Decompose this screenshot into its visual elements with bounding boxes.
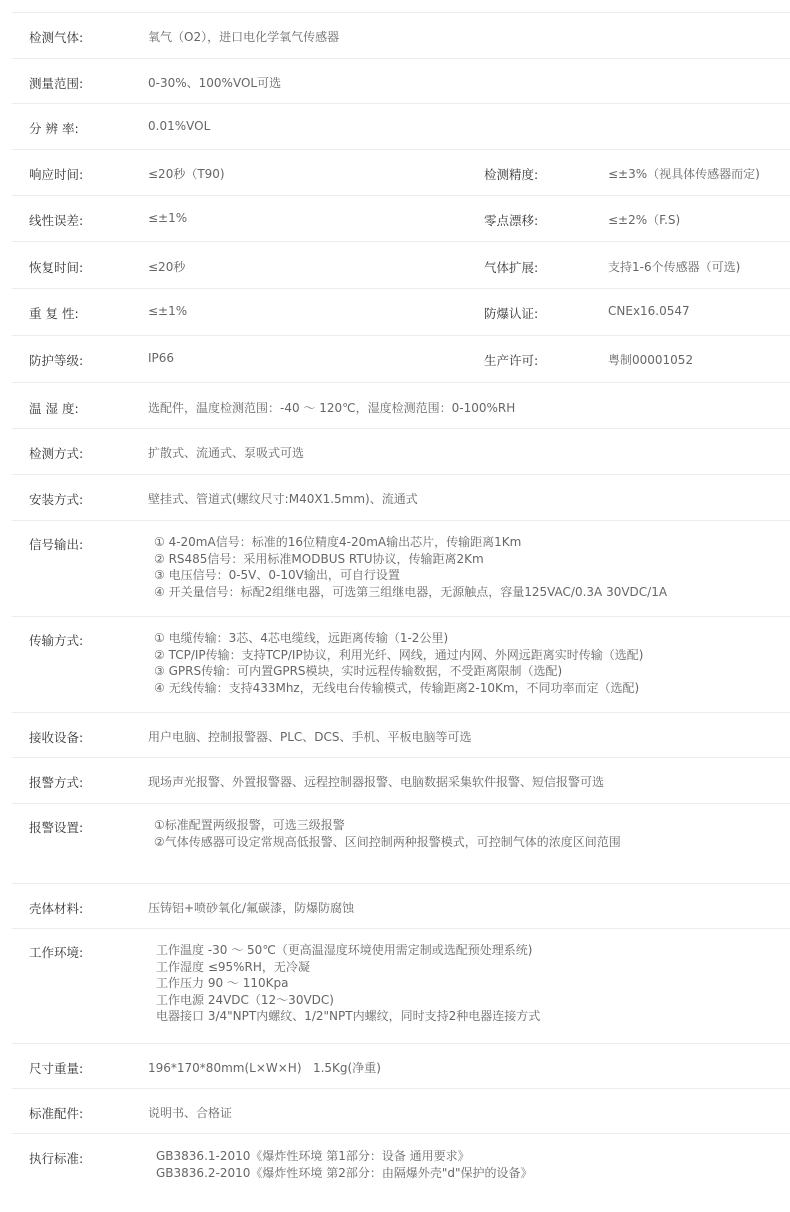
spec-value: 支持1-6个传感器（可选) (608, 258, 740, 275)
spec-row-recovery: 恢复时间: ≤20秒 气体扩展: 支持1-6个传感器（可选) (12, 241, 790, 288)
spec-label: 报警设置: (29, 818, 83, 836)
spec-label: 测量范围: (29, 74, 83, 92)
spec-label: 检测方式: (29, 444, 83, 462)
spec-label: 线性误差: (29, 211, 83, 229)
spec-label: 执行标准: (29, 1149, 83, 1167)
spec-value-line: ③ 电压信号：0-5V、0-10V输出，可自行设置 (154, 567, 667, 584)
spec-value-line: ②气体传感器可设定常规高低报警、区间控制两种报警模式，可控制气体的浓度区间范围 (154, 834, 621, 851)
spec-label: 工作环境: (29, 943, 83, 961)
spec-value-line: ①标准配置两级报警，可选三级报警 (154, 817, 621, 834)
spec-row-transmission: 传输方式: ① 电缆传输：3芯、4芯电缆线，远距离传输（1-2公里) ② TCP… (12, 616, 790, 712)
spec-row-receiver: 接收设备: 用户电脑、控制报警器、PLC、DCS、手机、平板电脑等可选 (12, 712, 790, 757)
spec-value-line: ① 电缆传输：3芯、4芯电缆线，远距离传输（1-2公里) (154, 630, 643, 647)
spec-value: 选配件，温度检测范围：-40 ～ 120℃，湿度检测范围：0-100%RH (148, 399, 515, 416)
spec-label: 防护等级: (29, 351, 83, 369)
spec-label: 分 辨 率: (29, 119, 79, 137)
spec-label: 温 湿 度: (29, 399, 79, 417)
spec-label: 重 复 性: (29, 304, 79, 322)
spec-value-line: 工作湿度 ≤95%RH，无冷凝 (156, 959, 540, 976)
spec-value: ≤±2%（F.S) (608, 211, 680, 228)
spec-value: 氧气（O2），进口电化学氧气传感器 (148, 28, 339, 45)
spec-value-line: 工作温度 -30 ～ 50℃（更高温湿度环境使用需定制或选配预处理系统) (156, 942, 540, 959)
spec-value: ≤20秒 (148, 258, 185, 275)
spec-value-line: ③ GPRS传输：可内置GPRS模块，实时远程传输数据，不受距离限制（选配) (154, 663, 643, 680)
spec-value-line: GB3836.1-2010《爆炸性环境 第1部分：设备 通用要求》 (156, 1148, 533, 1165)
spec-label: 生产许可: (484, 351, 538, 369)
spec-value-list: ①标准配置两级报警，可选三级报警 ②气体传感器可设定常规高低报警、区间控制两种报… (154, 817, 621, 850)
spec-row-repeatability: 重 复 性: ≤±1% 防爆认证: CNEx16.0547 (12, 288, 790, 335)
spec-value-list: GB3836.1-2010《爆炸性环境 第1部分：设备 通用要求》 GB3836… (156, 1148, 533, 1181)
spec-label: 标准配件: (29, 1104, 83, 1122)
spec-value: 压铸铝+喷砂氧化/氟碳漆，防爆防腐蚀 (148, 899, 354, 916)
spec-label: 壳体材料: (29, 899, 83, 917)
spec-row-environment: 工作环境: 工作温度 -30 ～ 50℃（更高温湿度环境使用需定制或选配预处理系… (12, 928, 790, 1043)
spec-value: 粤制00001052 (608, 351, 693, 368)
spec-row-range: 测量范围: 0-30%、100%VOL可选 (12, 58, 790, 103)
spec-value-line: ① 4-20mA信号：标准的16位精度4-20mA输出芯片，传输距离1Km (154, 534, 667, 551)
spec-value: IP66 (148, 351, 174, 365)
spec-value-line: 工作电源 24VDC（12～30VDC) (156, 992, 540, 1009)
spec-label: 报警方式: (29, 773, 83, 791)
spec-value-list: ① 电缆传输：3芯、4芯电缆线，远距离传输（1-2公里) ② TCP/IP传输：… (154, 630, 643, 696)
spec-row-install: 安装方式: 壁挂式、管道式(螺纹尺寸:M40X1.5mm)、流通式 (12, 474, 790, 520)
spec-label: 安装方式: (29, 490, 83, 508)
spec-value: ≤±1% (148, 304, 187, 318)
spec-value-list: ① 4-20mA信号：标准的16位精度4-20mA输出芯片，传输距离1Km ② … (154, 534, 667, 600)
spec-value: 现场声光报警、外置报警器、远程控制器报警、电脑数据采集软件报警、短信报警可选 (148, 773, 604, 790)
spec-row-response: 响应时间: ≤20秒（T90) 检测精度: ≤±3%（视具体传感器而定) (12, 149, 790, 195)
spec-value: 扩散式、流通式、泵吸式可选 (148, 444, 304, 461)
spec-row-housing: 壳体材料: 压铸铝+喷砂氧化/氟碳漆，防爆防腐蚀 (12, 883, 790, 928)
spec-value: ≤20秒（T90) (148, 165, 225, 182)
spec-value: 0.01%VOL (148, 119, 210, 133)
spec-row-alarm-mode: 报警方式: 现场声光报警、外置报警器、远程控制器报警、电脑数据采集软件报警、短信… (12, 757, 790, 803)
spec-value-line: ② TCP/IP传输：支持TCP/IP协议，利用光纤、网线，通过内网、外网远距离… (154, 647, 643, 664)
spec-row-temp-humidity: 温 湿 度: 选配件，温度检测范围：-40 ～ 120℃，湿度检测范围：0-10… (12, 382, 790, 428)
spec-row-alarm-setting: 报警设置: ①标准配置两级报警，可选三级报警 ②气体传感器可设定常规高低报警、区… (12, 803, 790, 883)
spec-row-standards: 执行标准: GB3836.1-2010《爆炸性环境 第1部分：设备 通用要求》 … (12, 1133, 790, 1211)
spec-label: 传输方式: (29, 631, 83, 649)
spec-row-linearity: 线性误差: ≤±1% 零点漂移: ≤±2%（F.S) (12, 195, 790, 241)
spec-label: 接收设备: (29, 728, 83, 746)
spec-value-line: 工作压力 90 ～ 110Kpa (156, 975, 540, 992)
spec-value-line: ④ 开关量信号：标配2组继电器，可选第三组继电器，无源触点，容量125VAC/0… (154, 584, 667, 601)
spec-label: 恢复时间: (29, 258, 83, 276)
spec-value: 壁挂式、管道式(螺纹尺寸:M40X1.5mm)、流通式 (148, 490, 418, 507)
spec-row-protection: 防护等级: IP66 生产许可: 粤制00001052 (12, 335, 790, 382)
spec-label: 零点漂移: (484, 211, 538, 229)
spec-value: CNEx16.0547 (608, 304, 690, 318)
spec-value: 用户电脑、控制报警器、PLC、DCS、手机、平板电脑等可选 (148, 728, 472, 745)
spec-row-detect-method: 检测方式: 扩散式、流通式、泵吸式可选 (12, 428, 790, 474)
spec-value: 说明书、合格证 (148, 1104, 232, 1121)
spec-row-accessories: 标准配件: 说明书、合格证 (12, 1088, 790, 1133)
spec-value: 196*170*80mm(L×W×H) 1.5Kg(净重) (148, 1059, 381, 1076)
spec-label: 信号输出: (29, 535, 83, 553)
spec-value: ≤±1% (148, 211, 187, 225)
spec-row-gas: 检测气体: 氧气（O2），进口电化学氧气传感器 (12, 12, 790, 58)
spec-value-line: 电器接口 3/4"NPT内螺纹、1/2"NPT内螺纹，同时支持2种电器连接方式 (156, 1008, 540, 1025)
spec-label: 气体扩展: (484, 258, 538, 276)
spec-row-signal: 信号输出: ① 4-20mA信号：标准的16位精度4-20mA输出芯片，传输距离… (12, 520, 790, 616)
spec-value-line: GB3836.2-2010《爆炸性环境 第2部分：由隔爆外壳"d"保护的设备》 (156, 1165, 533, 1182)
spec-row-resolution: 分 辨 率: 0.01%VOL (12, 103, 790, 149)
spec-value-list: 工作温度 -30 ～ 50℃（更高温湿度环境使用需定制或选配预处理系统) 工作湿… (156, 942, 540, 1025)
spec-label: 防爆认证: (484, 304, 538, 322)
spec-table: 检测气体: 氧气（O2），进口电化学氧气传感器 测量范围: 0-30%、100%… (12, 12, 790, 1211)
spec-value-line: ④ 无线传输：支持433Mhz，无线电台传输模式，传输距离2-10Km，不同功率… (154, 680, 643, 697)
spec-value: ≤±3%（视具体传感器而定) (608, 165, 760, 182)
spec-label: 检测精度: (484, 165, 538, 183)
spec-row-size-weight: 尺寸重量: 196*170*80mm(L×W×H) 1.5Kg(净重) (12, 1043, 790, 1088)
spec-label: 响应时间: (29, 165, 83, 183)
spec-value: 0-30%、100%VOL可选 (148, 74, 281, 91)
spec-value-line: ② RS485信号：采用标准MODBUS RTU协议，传输距离2Km (154, 551, 667, 568)
spec-label: 检测气体: (29, 28, 83, 46)
spec-label: 尺寸重量: (29, 1059, 83, 1077)
